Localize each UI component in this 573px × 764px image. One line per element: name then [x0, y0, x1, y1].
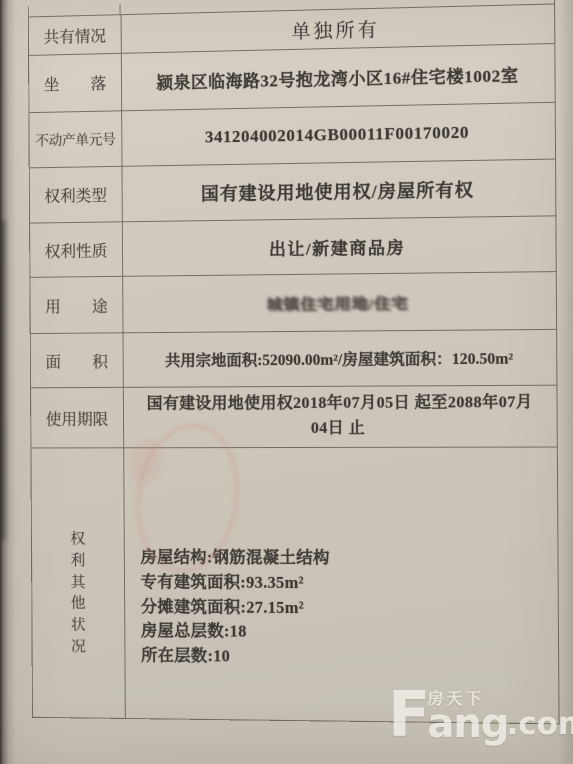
row-label: 权利性质	[30, 222, 123, 277]
property-certificate-table: 共有情况 单独所有 坐 落 颍泉区临海路32号抱龙湾小区16#住宅楼1002室 …	[28, 3, 560, 724]
row-label: 不动产单元号	[29, 111, 122, 167]
vertical-label: 权利其他状况	[69, 529, 87, 658]
watermark-ang-text: ang	[427, 709, 508, 740]
status-line-private-area: 专有建筑面积:93.35m²	[141, 570, 304, 596]
row-label: 使用期限	[31, 388, 124, 448]
term-line-1: 国有建设用地使用权2018年07月05日 起至2088年07月	[147, 391, 533, 417]
row-label: 面 积	[31, 333, 124, 387]
table-row-right-type: 权利类型 国有建设用地使用权/房屋所有权	[30, 159, 556, 223]
watermark-com-text: .com	[506, 709, 573, 740]
status-line-floor: 所在层数:10	[141, 644, 230, 669]
photo-right-edge-shadow	[559, 0, 573, 764]
row-label: 用 途	[30, 277, 123, 333]
table-grid: 共有情况 单独所有 坐 落 颍泉区临海路32号抱龙湾小区16#住宅楼1002室 …	[28, 3, 560, 724]
table-line-stub	[554, 0, 555, 3]
table-row-usage: 用 途 城镇住宅用地/住宅	[30, 271, 556, 333]
status-line-total-floors: 房屋总层数:18	[141, 619, 247, 644]
status-line-shared-area: 分摊建筑面积:27.15m²	[141, 595, 304, 621]
row-value-smudged: 城镇住宅用地/住宅	[123, 274, 556, 331]
row-label: 共有情况	[29, 15, 122, 55]
table-line-stub	[28, 7, 29, 17]
table-row-area: 面 积 共用宗地面积:52090.00m²/房屋建筑面积：120.50m²	[31, 329, 557, 387]
table-line-stub	[120, 4, 121, 14]
table-row-term: 使用期限 国有建设用地使用权2018年07月05日 起至2088年07月 04日…	[31, 385, 557, 448]
row-value: 出让/新建商品房	[123, 216, 556, 275]
row-label: 权利类型	[30, 167, 123, 223]
row-value: 共用宗地面积:52090.00m²/房屋建筑面积：120.50m²	[123, 330, 556, 387]
fang-watermark: F 房天下 ang .com	[388, 690, 573, 741]
certificate-photo: 共有情况 单独所有 坐 落 颍泉区临海路32号抱龙湾小区16#住宅楼1002室 …	[0, 0, 573, 764]
table-row-location: 坐 落 颍泉区临海路32号抱龙湾小区16#住宅楼1002室	[29, 43, 555, 112]
row-value: 颍泉区临海路32号抱龙湾小区16#住宅楼1002室	[122, 44, 555, 110]
table-row-other-status: 权利其他状况 房屋结构:钢筋混凝土结构 专有建筑面积:93.35m² 分摊建筑面…	[31, 447, 558, 724]
row-label: 坐 落	[29, 54, 122, 112]
watermark-f-letter: F	[388, 690, 428, 741]
watermark-center-column: 房天下 ang	[427, 690, 508, 740]
term-line-2: 04日 止	[311, 417, 365, 442]
table-row-right-nature: 权利性质 出让/新建商品房	[30, 215, 556, 276]
row-label: 权利其他状况	[31, 448, 125, 718]
row-value: 341204002014GB00011F00170020	[122, 103, 555, 166]
photo-left-edge-shadow	[0, 0, 16, 764]
row-value: 国有建设用地使用权/房屋所有权	[122, 160, 555, 222]
table-row-unit-number: 不动产单元号 341204002014GB00011F00170020	[29, 102, 555, 168]
